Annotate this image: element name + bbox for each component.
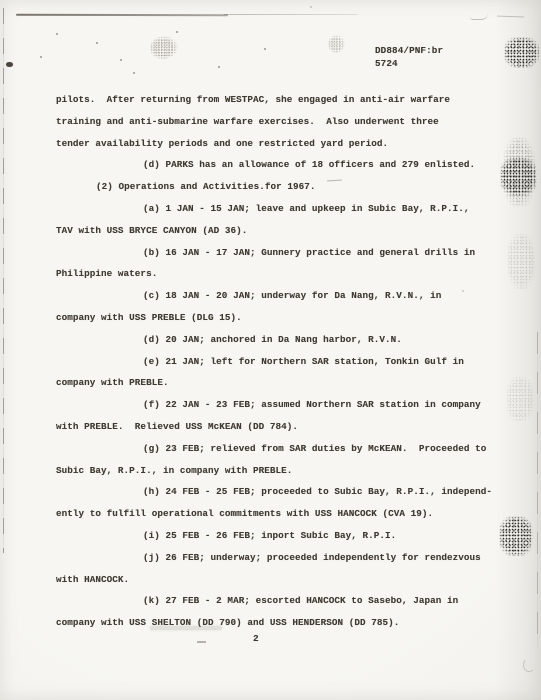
scan-line-right (537, 332, 538, 647)
document-line: company with PREBLE. (56, 377, 516, 399)
document-line: (f) 22 JAN - 23 FEB; assumed Northern SA… (56, 399, 516, 421)
document-line: (b) 16 JAN - 17 JAN; Gunnery practice an… (56, 247, 516, 269)
scan-speck (218, 66, 220, 68)
document-line: (e) 21 JAN; left for Northern SAR statio… (56, 356, 516, 378)
ink-smudge-left (150, 36, 178, 59)
scan-speck (120, 59, 122, 61)
document-line: company with USS PREBLE (DLG 15). (56, 312, 516, 334)
document-line: with HANCOCK. (56, 574, 516, 596)
page-number: 2 (253, 633, 259, 644)
header-code-line-1: DD884/PNF:br (375, 44, 443, 57)
scan-line-top-dark (16, 14, 228, 17)
document-line: tender availability periods and one rest… (56, 138, 516, 160)
ink-smudge-center (328, 35, 345, 53)
scan-speck (133, 72, 135, 74)
document-line: (i) 25 FEB - 26 FEB; inport Subic Bay, R… (56, 530, 516, 552)
header-code: DD884/PNF:br 5724 (375, 44, 443, 70)
speckle-patch-top-right (504, 37, 539, 68)
paper-fold-line-left (3, 8, 5, 553)
ink-blot-left-edge (6, 62, 13, 67)
document-line: (c) 18 JAN - 20 JAN; underway for Da Nan… (56, 290, 516, 312)
document-line: (a) 1 JAN - 15 JAN; leave and upkeep in … (56, 203, 516, 225)
document-line: Subic Bay, R.P.I., in company with PREBL… (56, 465, 516, 487)
scan-hook-mark (470, 13, 488, 20)
document-line: (2) Operations and Activities.for 1967. (56, 181, 516, 203)
scan-speck (56, 33, 58, 35)
document-line: (d) PARKS has an allowance of 18 officer… (56, 159, 516, 181)
document-line: company with USS SHELTON (DD 790) and US… (56, 617, 516, 639)
scan-speck (264, 48, 266, 50)
scan-curl-mark-bottom-right (523, 658, 535, 672)
scan-line-top-faint (224, 14, 358, 15)
scan-speck (310, 6, 312, 8)
scanned-document-page: DD884/PNF:br 5724 pilots. After returnin… (0, 0, 541, 700)
document-line: (g) 23 FEB; relieved from SAR duties by … (56, 443, 516, 465)
document-body: pilots. After returning from WESTPAC, sh… (56, 94, 516, 639)
document-line: Philippine waters. (56, 268, 516, 290)
document-line: TAV with USS BRYCE CANYON (AD 36). (56, 225, 516, 247)
scan-line-top-right-tick (497, 16, 524, 18)
scan-speck (96, 42, 98, 44)
scan-speck (176, 31, 178, 33)
document-line: (h) 24 FEB - 25 FEB; proceeded to Subic … (56, 486, 516, 508)
document-line: with PREBLE. Relieved USS McKEAN (DD 784… (56, 421, 516, 443)
document-line: (d) 20 JAN; anchored in Da Nang harbor, … (56, 334, 516, 356)
document-line: (k) 27 FEB - 2 MAR; escorted HANCOCK to … (56, 595, 516, 617)
document-line: training and anti-submarine warfare exer… (56, 116, 516, 138)
stray-dash-near-page-number (197, 641, 206, 643)
document-line: pilots. After returning from WESTPAC, sh… (56, 94, 516, 116)
scan-speck (40, 56, 42, 58)
document-line: ently to fulfill operational commitments… (56, 508, 516, 530)
document-line: (j) 26 FEB; underway; proceeded independ… (56, 552, 516, 574)
header-code-line-2: 5724 (375, 57, 443, 70)
